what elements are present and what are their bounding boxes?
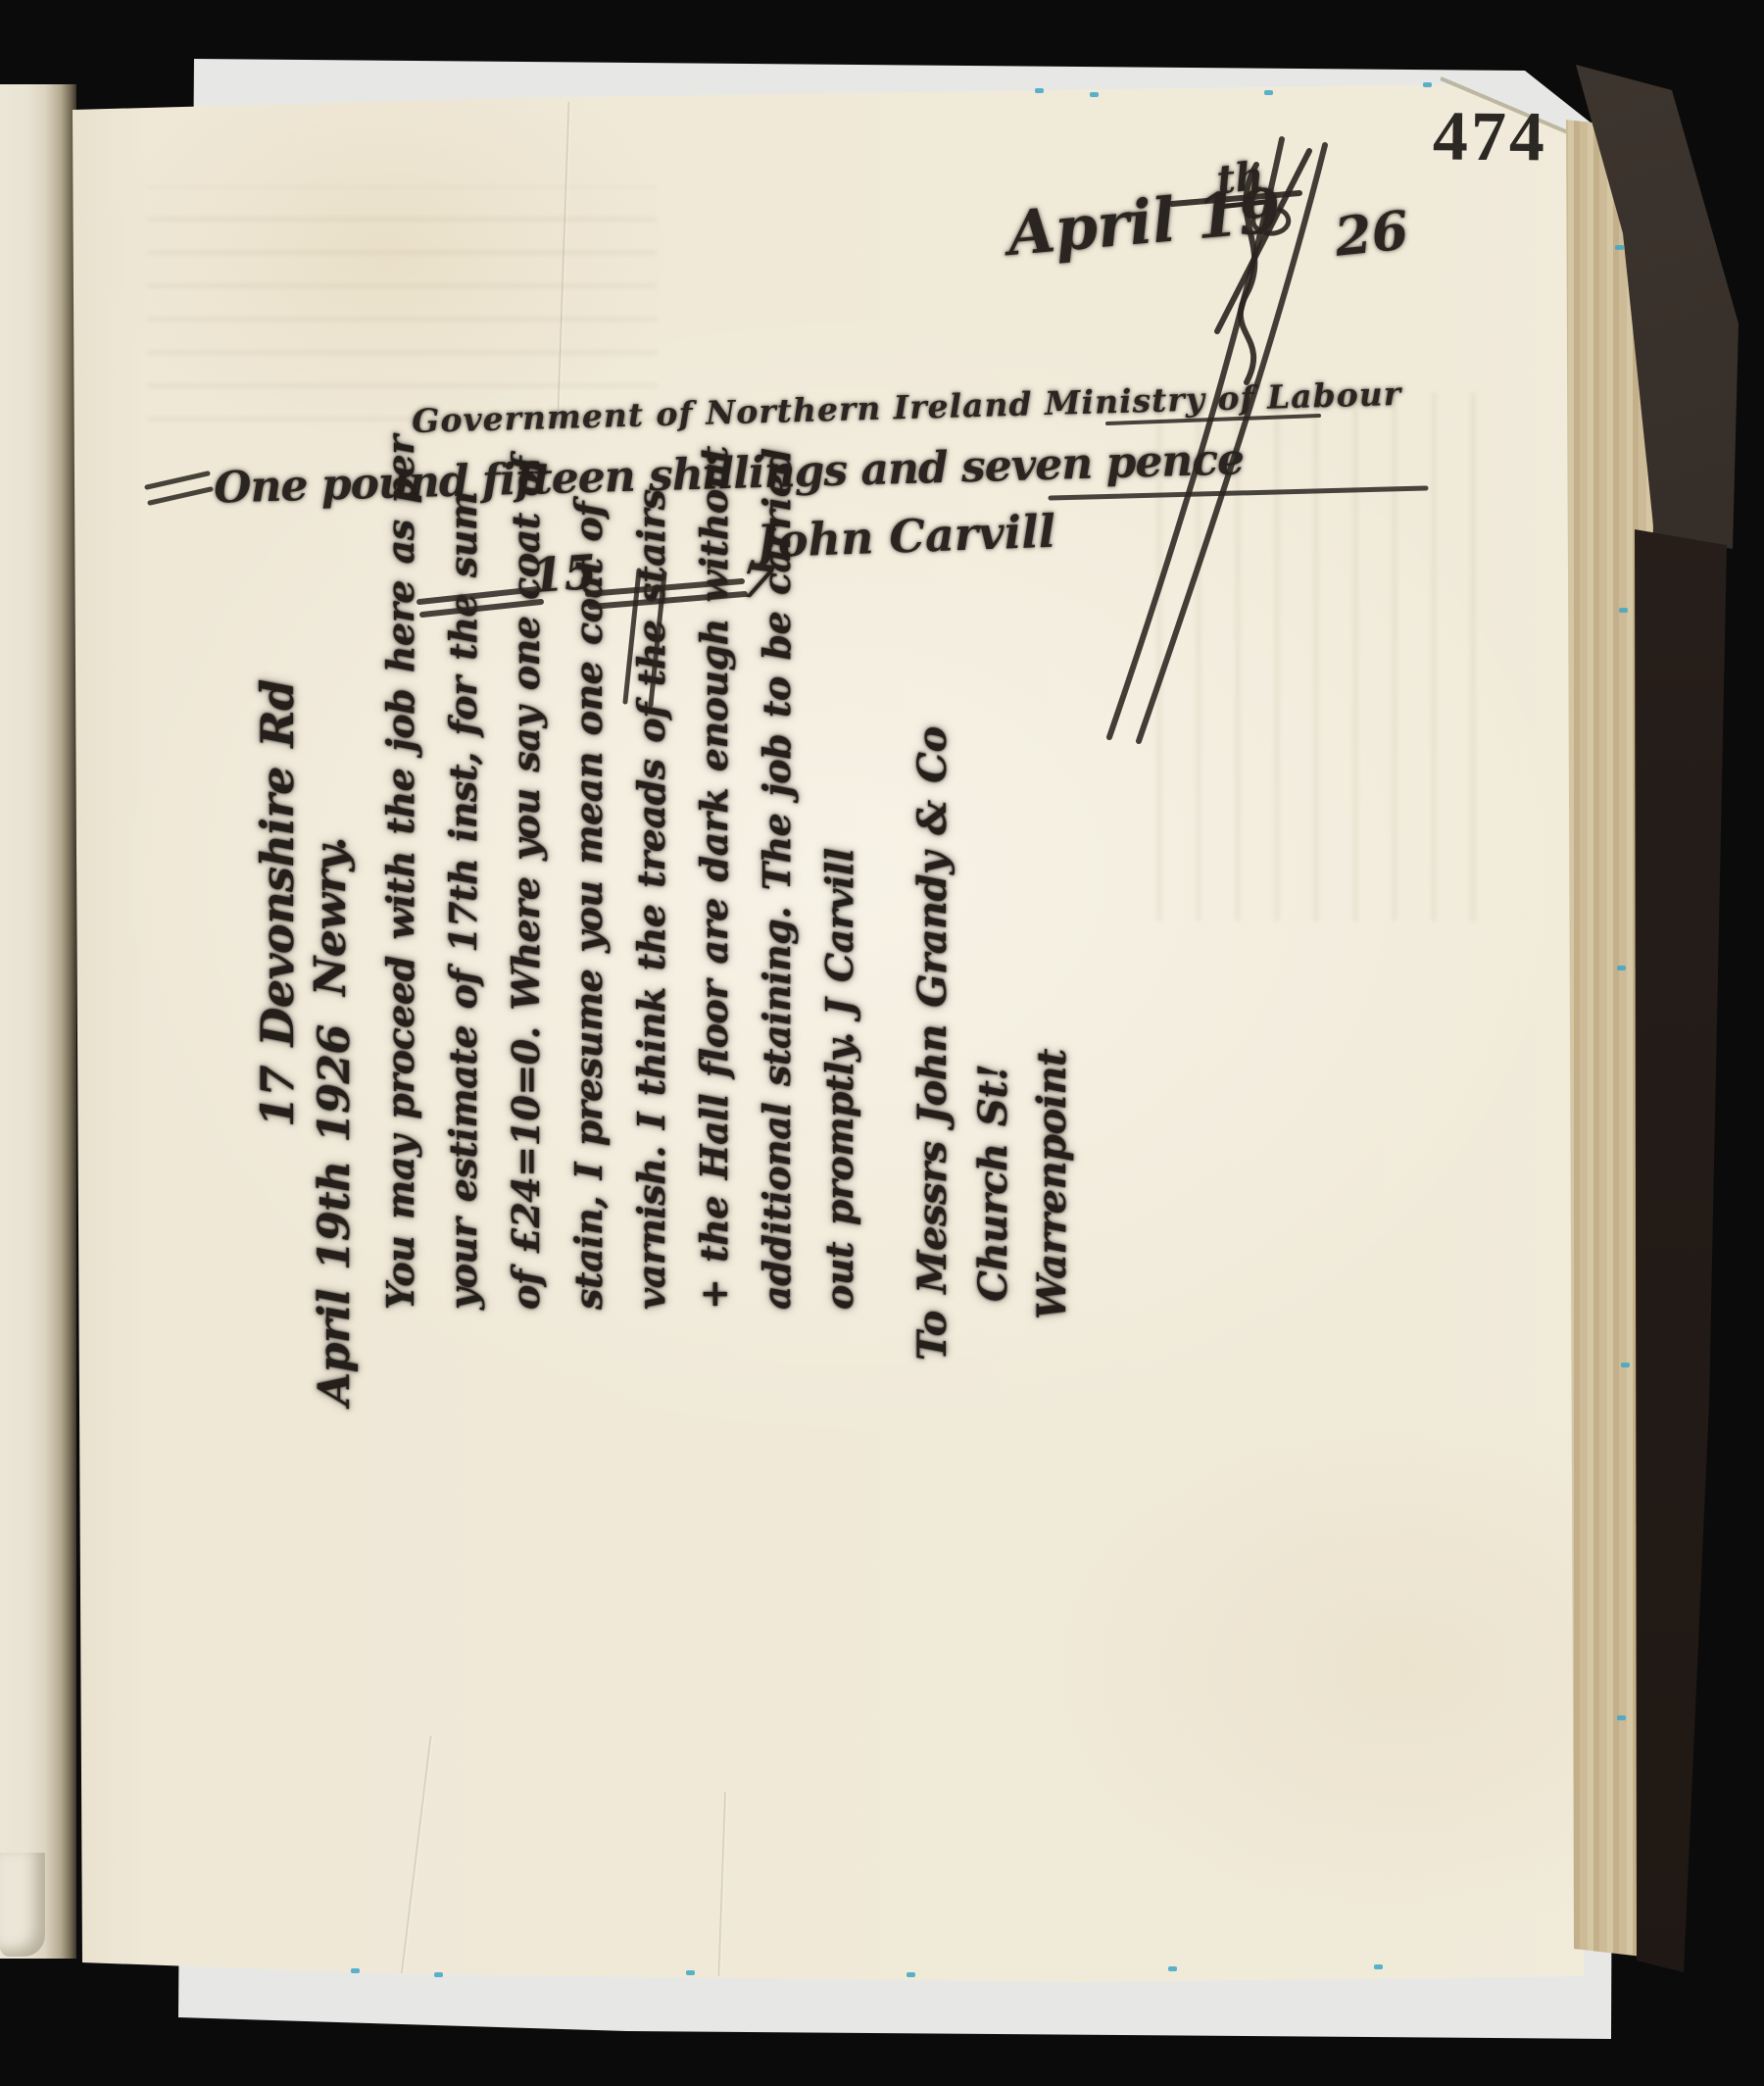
audit-tick-lines: [419, 571, 745, 705]
ink-marks-overlay: [0, 0, 1764, 2086]
copy-book-photograph: 474 April 19 th 26 Government of Norther…: [0, 0, 1764, 2086]
cancellation-slash-marks: [1109, 139, 1325, 741]
date-scribble: [1172, 151, 1309, 382]
